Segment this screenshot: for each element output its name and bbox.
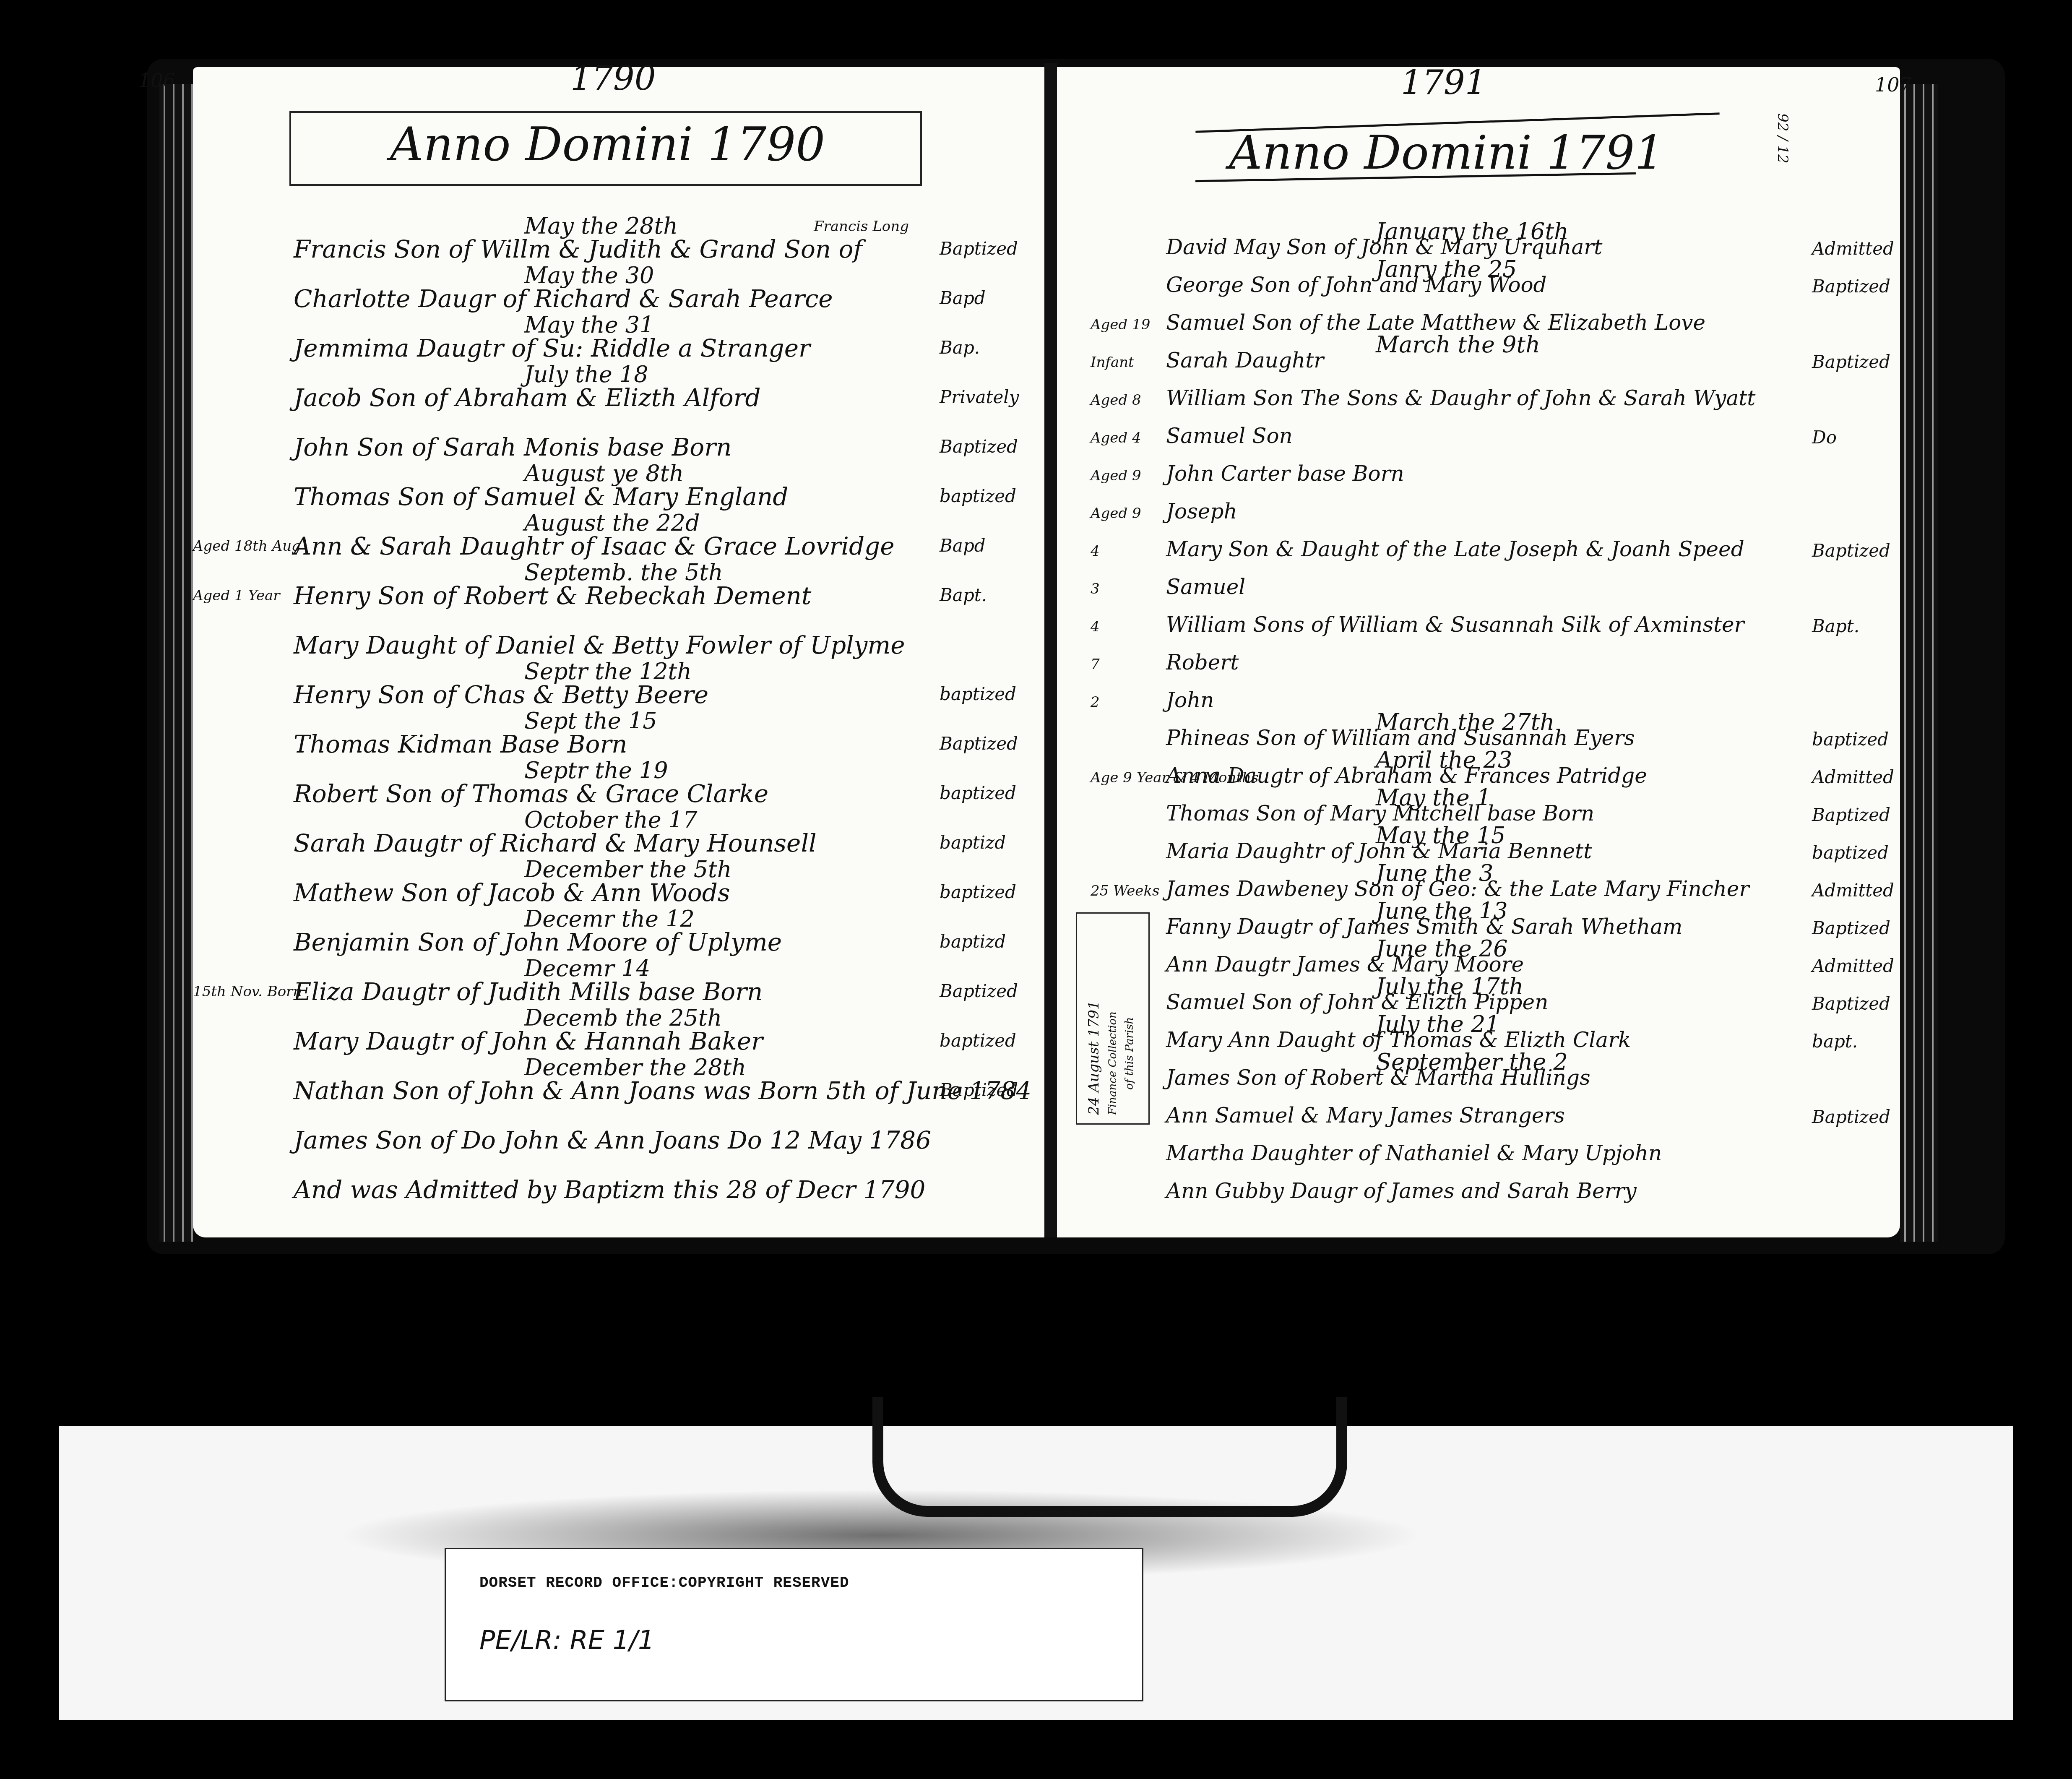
register-entry: Nathan Son of John & Ann Joans was Born … — [294, 1076, 1031, 1105]
register-entry: Sarah Daughtr — [1166, 348, 1324, 372]
register-entry: John — [1166, 688, 1214, 712]
baptism-status: Do — [1812, 427, 1837, 448]
margin-note: 25 Weeks — [1091, 883, 1160, 899]
interlinear-note: Francis Long — [814, 218, 909, 235]
baptism-status: Admitted — [1812, 880, 1894, 901]
baptism-status: baptized — [1812, 842, 1889, 863]
right-page-number: 107 — [1875, 73, 1912, 96]
baptism-status: Baptized — [1812, 805, 1890, 825]
register-entry: Benjamin Son of John Moore of Uplyme — [294, 928, 782, 956]
book-gutter — [1044, 63, 1057, 1237]
register-entry: John Carter base Born — [1166, 461, 1404, 486]
register-entry: Mary Son & Daught of the Late Joseph & J… — [1166, 537, 1744, 561]
margin-note: Aged 9 — [1091, 467, 1141, 484]
book-edge-left — [159, 84, 193, 1242]
register-entry: Thomas Kidman Base Born — [294, 730, 627, 758]
register-entry: Mathew Son of Jacob & Ann Woods — [294, 878, 730, 907]
margin-note: 3 — [1091, 581, 1100, 597]
baptism-status: Privately — [940, 387, 1019, 407]
register-entry: John Son of Sarah Monis base Born — [294, 433, 731, 461]
margin-note: Aged 4 — [1091, 430, 1141, 446]
baptism-status: Baptized — [940, 436, 1018, 457]
register-entry: Jemmima Daugtr of Su: Riddle a Stranger — [294, 334, 810, 362]
margin-note: Aged 9 — [1091, 505, 1141, 522]
register-entry: Mary Daugtr of John & Hannah Baker — [294, 1027, 763, 1055]
copyright-notice: DORSET RECORD OFFICE:COPYRIGHT RESERVED — [479, 1574, 849, 1591]
left-page-number: 106 — [138, 69, 175, 92]
baptism-status: baptizd — [940, 931, 1006, 952]
baptism-status: baptized — [1812, 729, 1889, 750]
register-entry: Mary Daught of Daniel & Betty Fowler of … — [294, 631, 905, 659]
baptism-status: Admitted — [1812, 238, 1894, 259]
margin-note: Age 9 Year & 4 Months — [1091, 769, 1258, 786]
register-entry: Samuel — [1166, 575, 1245, 599]
register-entry: Jacob Son of Abraham & Elizth Alford — [294, 383, 761, 412]
margin-slip-line3: of this Parish — [1123, 1017, 1136, 1090]
book-edge-right — [1900, 84, 1938, 1242]
register-entry: Robert Son of Thomas & Grace Clarke — [294, 779, 768, 808]
register-entry: William Son The Sons & Daughr of John & … — [1166, 386, 1755, 410]
margin-note: 15th Nov. Born — [193, 983, 302, 1000]
baptism-status: Admitted — [1812, 956, 1894, 976]
margin-note: Aged 1 Year — [193, 587, 280, 604]
margin-note: Aged 18th Aug — [193, 538, 301, 555]
register-entry: Ann Gubby Daugr of James and Sarah Berry — [1166, 1179, 1637, 1203]
margin-note: 7 — [1091, 656, 1100, 673]
margin-note: Infant — [1091, 354, 1134, 371]
record-office-label: DORSET RECORD OFFICE:COPYRIGHT RESERVED … — [445, 1548, 1143, 1701]
register-entry: George Son of John and Mary Wood — [1166, 273, 1547, 297]
left-heading: Anno Domini 1790 — [390, 117, 825, 171]
baptism-status: Baptized — [940, 1080, 1018, 1100]
register-entry: Sarah Daugtr of Richard & Mary Hounsell — [294, 829, 817, 857]
margin-note: 2 — [1091, 694, 1100, 711]
baptism-status: Baptized — [1812, 352, 1890, 372]
entry-date: March the 9th — [1376, 331, 1540, 358]
reference-code: PE/LR: RE 1/1 — [479, 1625, 654, 1655]
margin-slip-line2: Finance Collection — [1106, 1011, 1119, 1115]
margin-slip: 24 August 1791 Finance Collection of thi… — [1076, 912, 1150, 1125]
baptism-status: Baptized — [940, 238, 1018, 259]
baptism-status: Baptized — [1812, 993, 1890, 1014]
baptism-status: Baptized — [1812, 276, 1890, 297]
clip-handle — [872, 1397, 1347, 1517]
register-entry: James Son of Do John & Ann Joans Do 12 M… — [294, 1126, 931, 1154]
baptism-status: baptized — [940, 882, 1016, 902]
right-corner-note: 92 / 12 — [1774, 113, 1791, 164]
register-entry: Ann & Sarah Daughtr of Isaac & Grace Lov… — [294, 532, 894, 560]
baptism-status: Baptized — [1812, 540, 1890, 561]
baptism-status: baptized — [940, 783, 1016, 803]
register-entry: And was Admitted by Baptizm this 28 of D… — [294, 1175, 925, 1204]
baptism-status: Bapd — [940, 535, 986, 556]
register-entry: James Son of Robert & Martha Hullings — [1166, 1065, 1590, 1090]
register-entry: Ann Samuel & Mary James Strangers — [1166, 1103, 1565, 1128]
baptism-status: bapt. — [1812, 1031, 1858, 1052]
register-entry: Henry Son of Chas & Betty Beere — [294, 680, 708, 709]
margin-slip-line1: 24 August 1791 — [1085, 1000, 1102, 1115]
baptism-status: Baptized — [1812, 1107, 1890, 1127]
register-entry: Charlotte Daugr of Richard & Sarah Pearc… — [294, 284, 833, 313]
register-entry: Eliza Daugtr of Judith Mills base Born — [294, 977, 763, 1006]
left-top-year: 1790 — [570, 59, 656, 98]
margin-note: 4 — [1091, 543, 1100, 560]
register-entry: Samuel Son — [1166, 424, 1293, 448]
baptism-status: baptizd — [940, 832, 1006, 853]
baptism-status: Bapt. — [1812, 616, 1859, 636]
margin-note: Aged 8 — [1091, 392, 1141, 409]
baptism-status: baptized — [940, 1030, 1016, 1051]
register-entry: William Sons of William & Susannah Silk … — [1166, 612, 1744, 637]
register-entry: Joseph — [1166, 499, 1237, 524]
baptism-status: Bapd — [940, 288, 986, 308]
right-top-year: 1791 — [1401, 63, 1486, 102]
baptism-status: Baptized — [940, 733, 1018, 754]
baptism-status: baptized — [940, 684, 1016, 704]
baptism-status: Bap. — [940, 337, 980, 358]
baptism-status: Baptized — [940, 981, 1018, 1001]
right-heading: Anno Domini 1791 — [1229, 126, 1664, 180]
register-entry: Martha Daughter of Nathaniel & Mary Upjo… — [1166, 1141, 1662, 1165]
register-entry: Thomas Son of Samuel & Mary England — [294, 482, 788, 511]
baptism-status: baptized — [940, 486, 1016, 506]
register-entry: Robert — [1166, 650, 1239, 675]
register-entry: Francis Son of Willm & Judith & Grand So… — [294, 235, 862, 263]
margin-note: 4 — [1091, 618, 1100, 635]
baptism-status: Bapt. — [940, 585, 987, 605]
baptism-status: Admitted — [1812, 767, 1894, 787]
register-entry: Henry Son of Robert & Rebeckah Dement — [294, 581, 811, 610]
margin-note: Aged 19 — [1091, 316, 1150, 333]
baptism-status: Baptized — [1812, 918, 1890, 938]
